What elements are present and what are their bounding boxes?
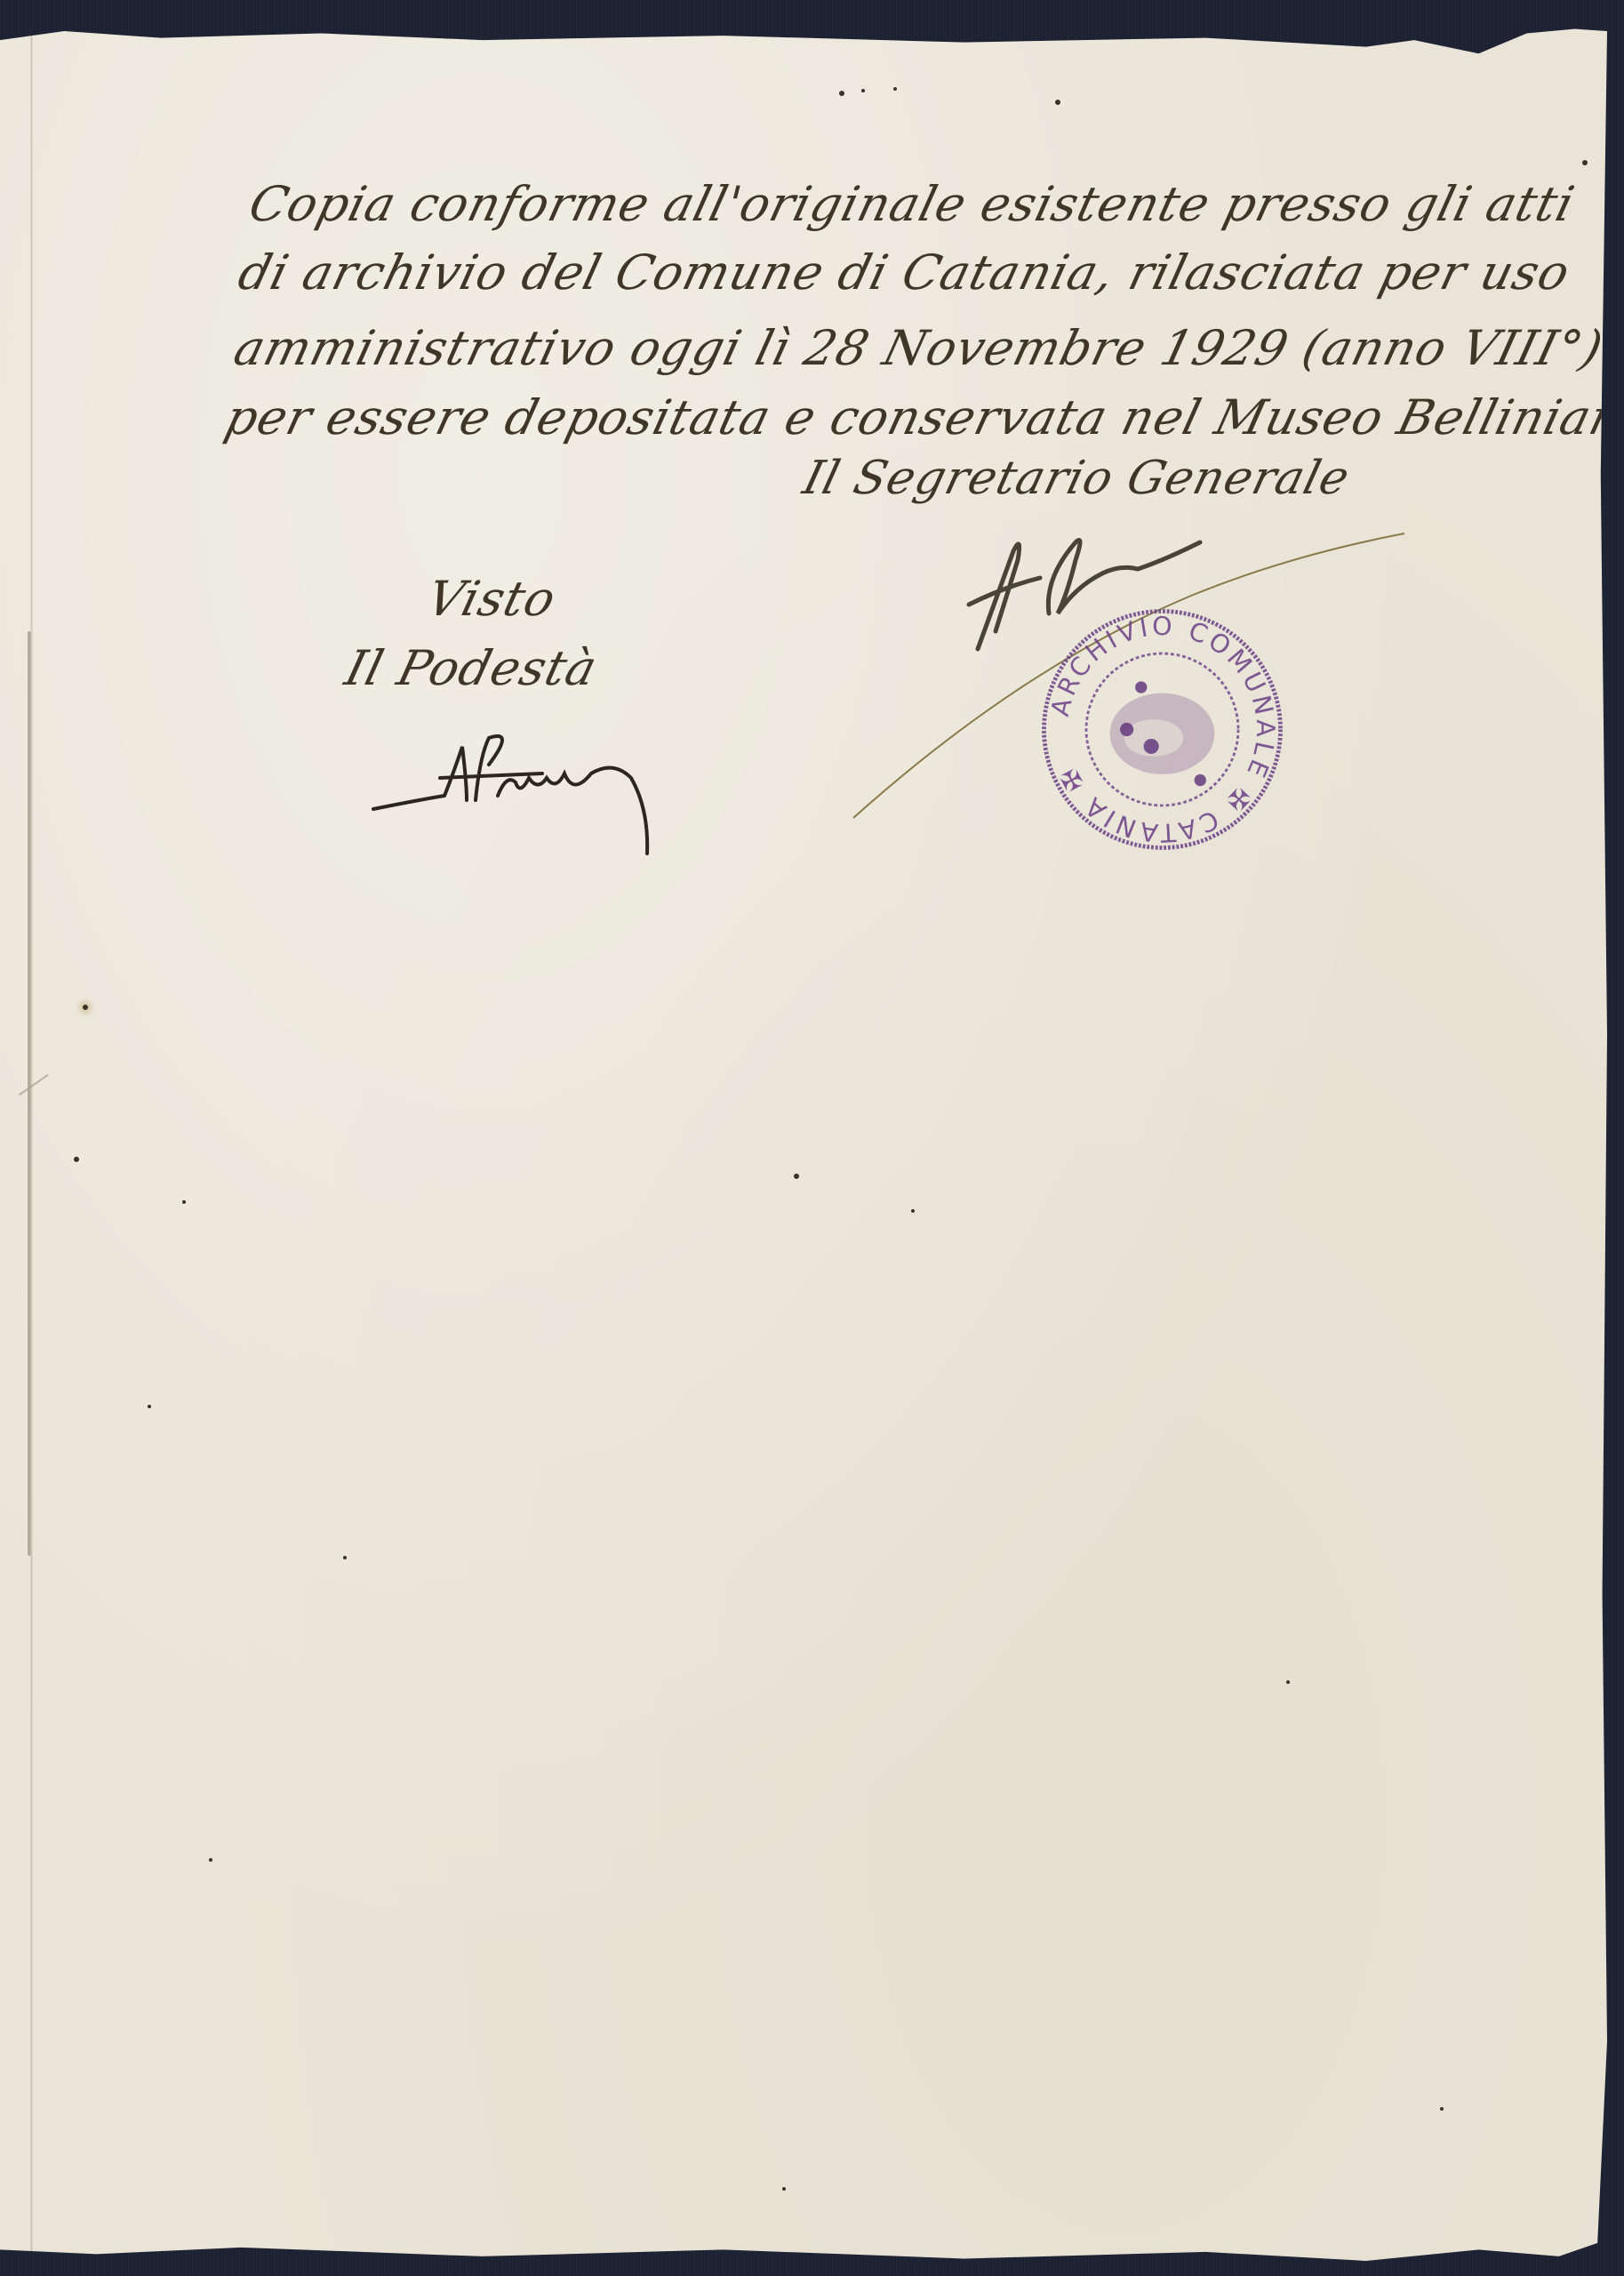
podesta-title: Il Podestà [340, 640, 603, 696]
archive-stamp: ARCHIVIO COMUNALE ✠ CATANIA ✠ [1036, 603, 1289, 856]
secretary-title: Il Segretario Generale [798, 452, 1356, 505]
body-line-4: per essere depositata e conservata nel M… [220, 389, 1624, 445]
ink-speck [1582, 160, 1588, 165]
body-line-2: di archivio del Comune di Catania, rilas… [233, 244, 1576, 301]
ink-speck [861, 89, 865, 92]
ink-speck [782, 2187, 786, 2191]
ink-speck [839, 91, 844, 96]
podesta-signature [364, 711, 667, 862]
ink-speck [148, 1405, 151, 1408]
thread-knot [19, 1074, 64, 1118]
foxing-spot [83, 1005, 88, 1010]
ink-speck [1286, 1680, 1290, 1684]
document-page: Copia conforme all'originale esistente p… [0, 27, 1607, 2265]
ink-speck [343, 1556, 347, 1559]
ink-speck [1055, 100, 1060, 105]
visto-label: Visto [421, 571, 562, 627]
ink-speck [794, 1174, 799, 1179]
ink-speck [182, 1200, 186, 1204]
ink-speck [209, 1858, 212, 1862]
ink-speck [74, 1157, 79, 1162]
ink-speck [893, 87, 897, 91]
body-line-1: Copia conforme all'originale esistente p… [244, 176, 1580, 232]
body-line-3: amministrativo oggi lì 28 Novembre 1929 … [228, 320, 1609, 376]
ink-speck [1440, 2107, 1444, 2111]
ink-speck [911, 1209, 915, 1213]
